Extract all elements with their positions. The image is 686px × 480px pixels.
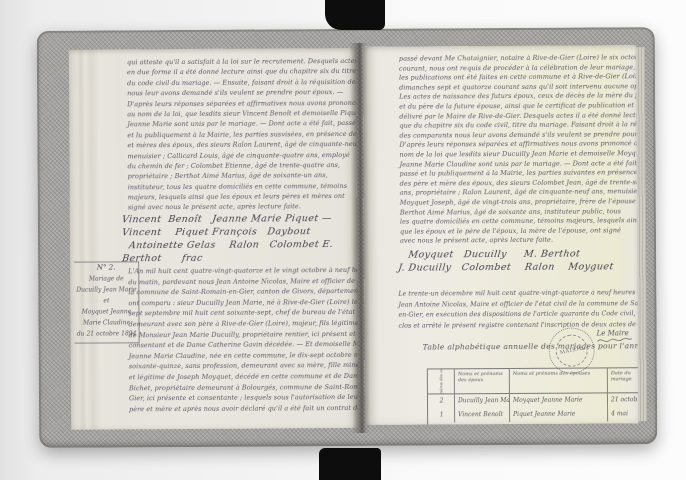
margin-note-lines: Mariage deDucuilly Jean MarieetMoyquet J… (76, 273, 136, 339)
stamp-center-text: MAIRIE (559, 345, 583, 356)
right-page-signatures: Moyquet Ducuilly M. BerthotJ. Ducuilly C… (398, 247, 637, 274)
marriage-index-table: Numéros des actes Noms et prénoms des ép… (427, 367, 638, 425)
table-row: 2 Ducuilly Jean Marie Moyquet Jeanne Mar… (428, 393, 638, 408)
table-header-date: Date du mariage (608, 368, 638, 392)
margin-note: N° 2. Mariage deDucuilly Jean MarieetMoy… (74, 261, 139, 343)
margin-note-line: du 21 octobre 1894 (77, 328, 137, 339)
right-page: passé devant Me Chataignier, notaire à R… (363, 45, 638, 425)
cell-husband-name: Ducuilly Jean Marie (455, 394, 510, 408)
left-page-signatures: Vincent Benoît Jeanne Marie Piquet —Vinc… (122, 212, 357, 265)
margin-note-line: et (76, 295, 136, 306)
right-page-act: passé devant Me Chataignier, notaire à R… (399, 53, 635, 246)
cell-act-number: 1 (428, 408, 455, 422)
table-row: 1 Vincent Benoît Piquet Jeanne Marie 4 m… (428, 407, 638, 422)
register-scan-photo: qui atteste qu'il a satisfait à la loi s… (0, 0, 686, 480)
margin-note-line: Mariage de (76, 273, 136, 284)
book-gutter (350, 43, 370, 433)
register-closing-statement: Le trente-un décembre mil huit cent quat… (398, 288, 635, 331)
cell-husband-name: Vincent Benoît (455, 408, 510, 422)
table-body: 2 Ducuilly Jean Marie Moyquet Jeanne Mar… (428, 393, 638, 422)
stamp-inner-ring: MAIRIE (553, 332, 591, 370)
film-clip-bottom (319, 448, 381, 480)
film-clip-top (325, 0, 385, 30)
table-header-row: Numéros des actes Noms et prénoms des ép… (428, 368, 638, 394)
cell-marriage-date: 21 octobre (608, 393, 638, 407)
cell-act-number: 2 (428, 394, 455, 408)
act-number: N° 2. (76, 263, 136, 271)
register-book: qui atteste qu'il a satisfait à la loi s… (37, 27, 658, 448)
margin-note-line: Marie Claudine (76, 317, 136, 328)
le-maire-label: Le Maire (597, 329, 629, 337)
margin-note-line: Moyquet Jeanne (76, 306, 136, 317)
handwritten-line: père et mère et après nous avoir déclaré… (129, 403, 358, 415)
table-header-husbands: Noms et prénoms des époux (455, 369, 510, 393)
handwritten-line: avec nous le présent acte, après lecture… (400, 236, 635, 247)
margin-note-line: Ducuilly Jean Marie (76, 284, 136, 295)
table-header-wives: Noms et prénoms des épouses (510, 368, 608, 393)
cell-wife-name: Piquet Jeanne Marie (510, 407, 608, 422)
signature-row: Berthot frac (121, 251, 358, 265)
left-page-act-ending: qui atteste qu'il a satisfait à la loi s… (127, 56, 358, 213)
left-page-act-two: L'An mil huit cent quatre-vingt-quatorze… (128, 265, 358, 415)
cell-marriage-date: 4 mai (608, 407, 638, 421)
table-header-act-number: Numéros des actes (428, 369, 455, 393)
signature-row: J. Ducuilly Colombet Ralon Moyguet (397, 260, 638, 274)
alphabetical-table-title: Table alphabétique annuelle des mariages… (423, 341, 638, 352)
left-page: qui atteste qu'il a satisfait à la loi s… (69, 48, 358, 430)
cell-wife-name: Moyquet Jeanne Marie (510, 393, 608, 408)
